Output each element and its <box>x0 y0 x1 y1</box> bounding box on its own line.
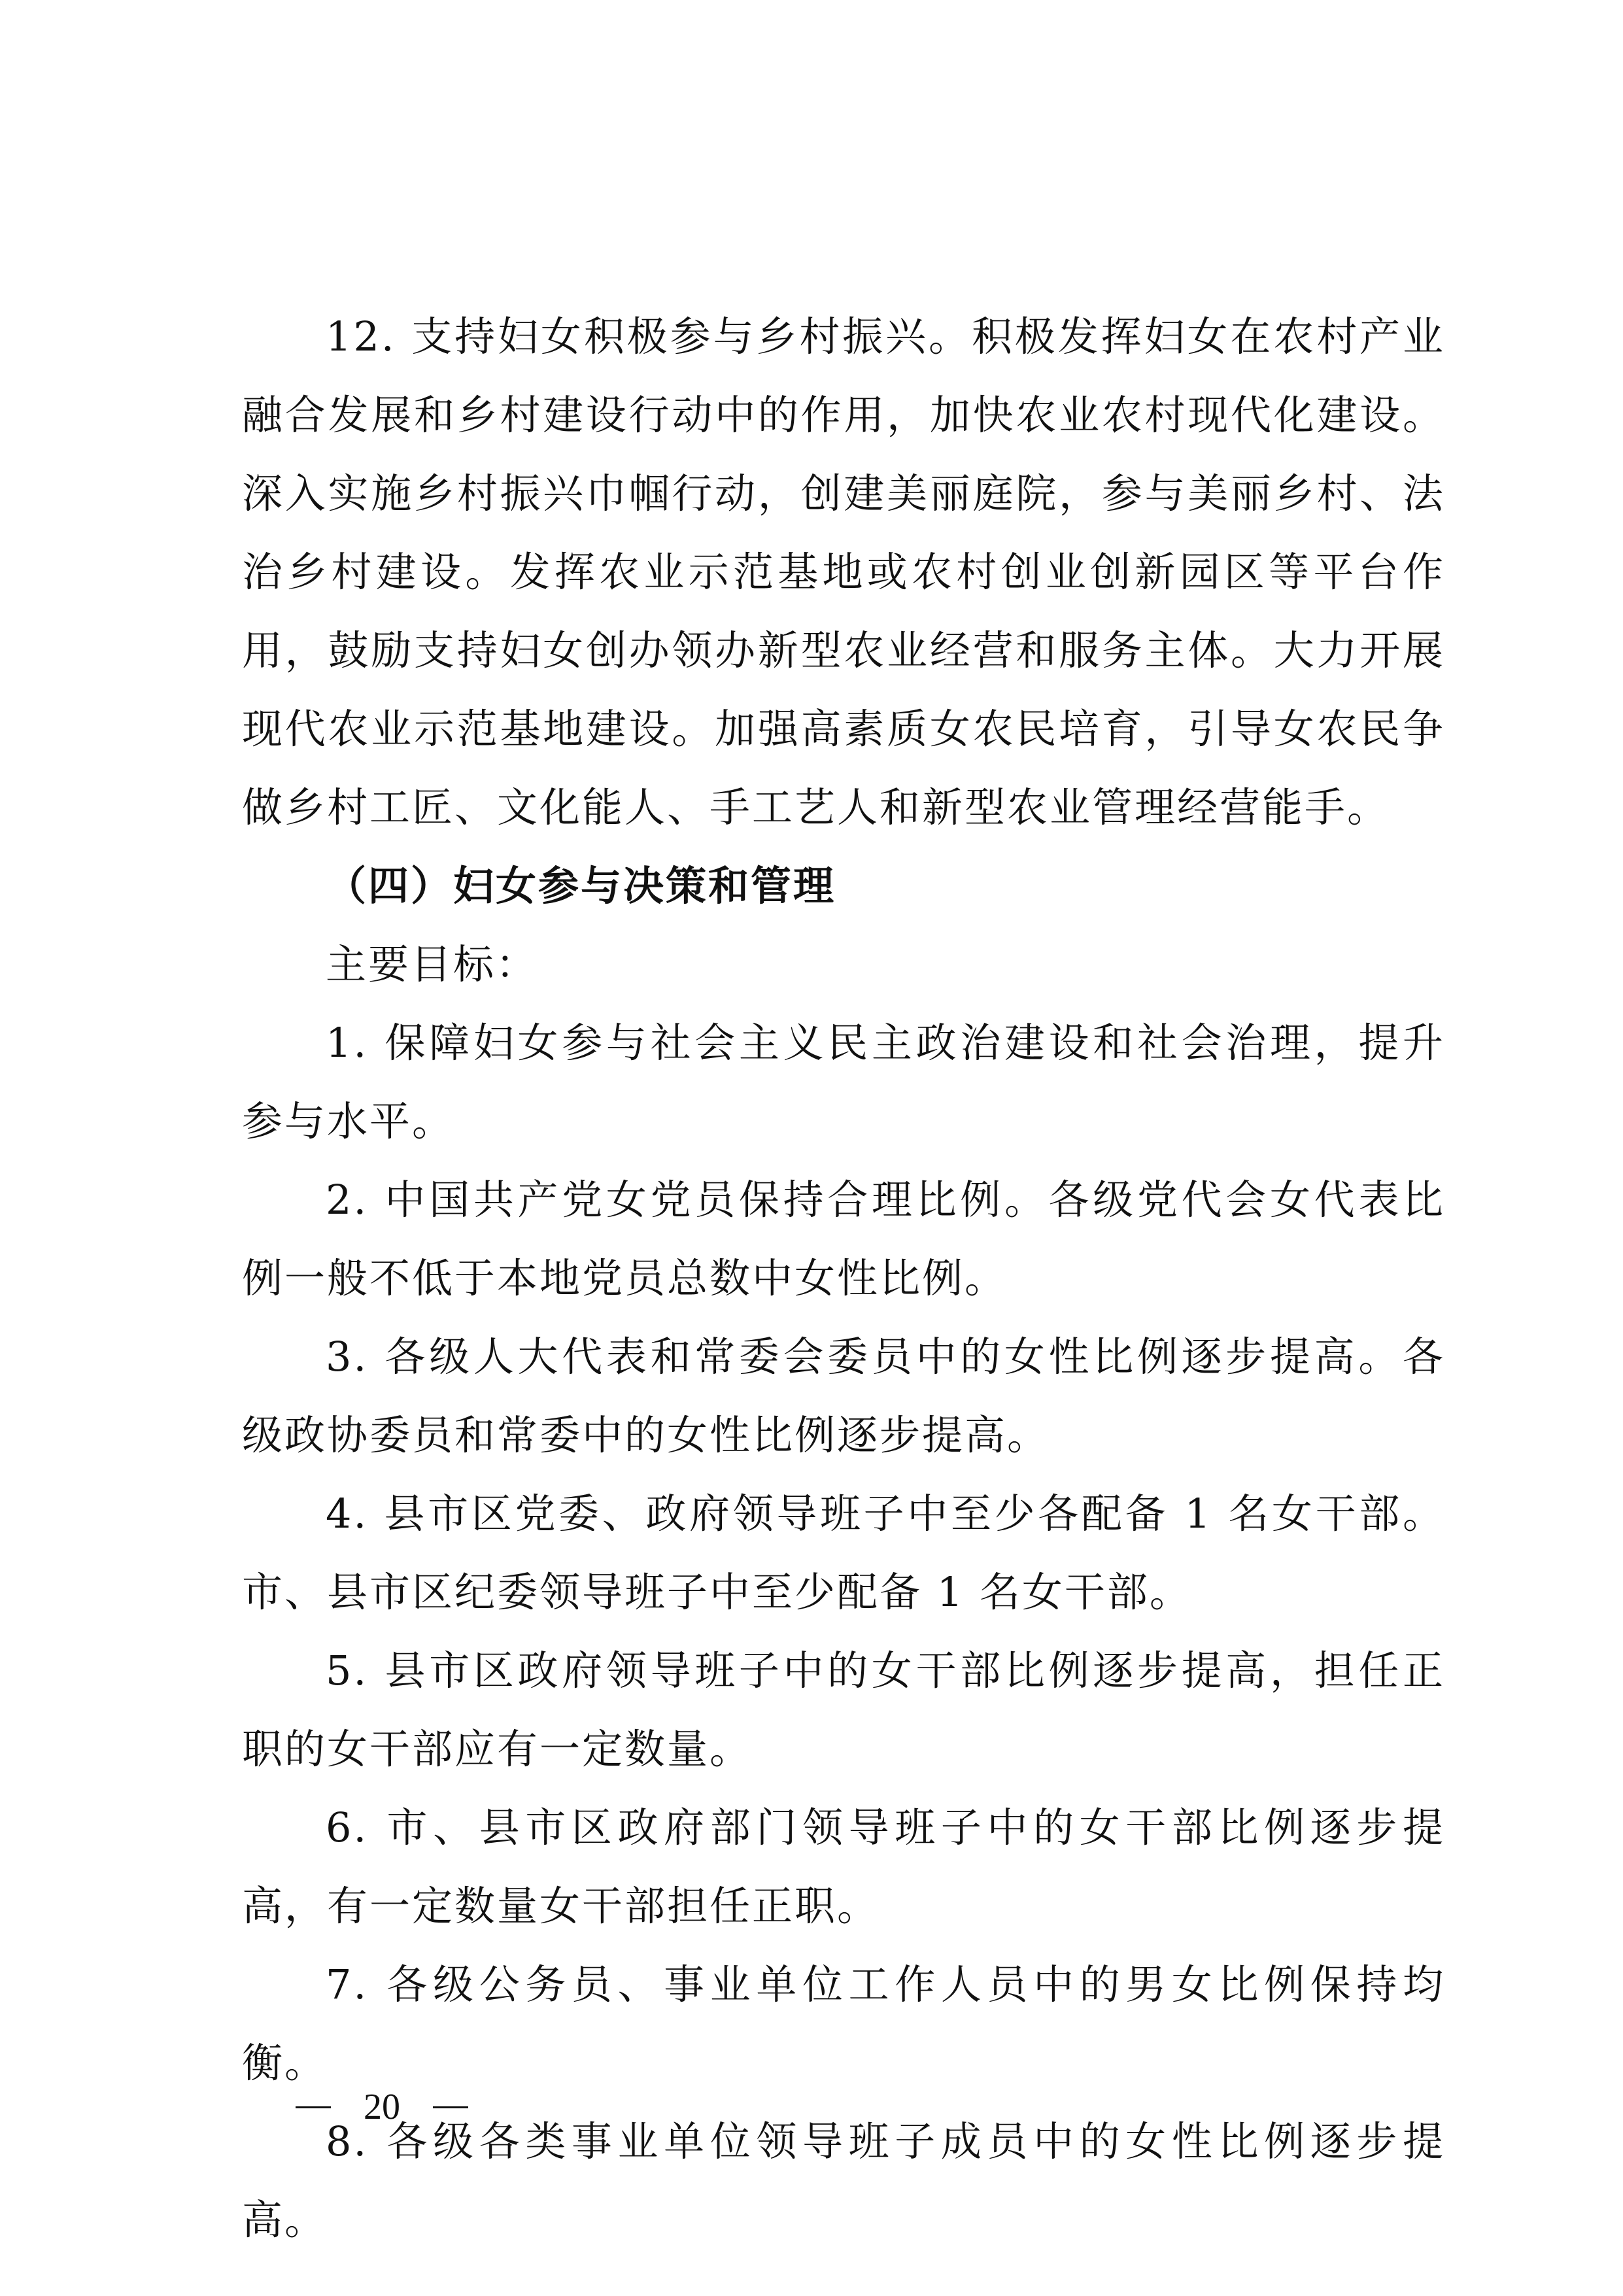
goal-item-3: 3. 各级人大代表和常委会委员中的女性比例逐步提高。各级政协委员和常委中的女性比… <box>242 1318 1445 1475</box>
goal-item-4: 4. 县市区党委、政府领导班子中至少各配备 1 名女干部。市、县市区纪委领导班子… <box>242 1475 1445 1632</box>
goal-item-1: 1. 保障妇女参与社会主义民主政治建设和社会治理，提升参与水平。 <box>242 1004 1445 1161</box>
paragraph-item-12: 12. 支持妇女积极参与乡村振兴。积极发挥妇女在农村产业融合发展和乡村建设行动中… <box>242 298 1445 847</box>
goal-item-2: 2. 中国共产党女党员保持合理比例。各级党代会女代表比例一般不低于本地党员总数中… <box>242 1161 1445 1318</box>
page-footer: 20 <box>296 2086 468 2128</box>
goal-item-5: 5. 县市区政府领导班子中的女干部比例逐步提高，担任正职的女干部应有一定数量。 <box>242 1632 1445 1789</box>
page-number: 20 <box>364 2086 400 2128</box>
main-goals-label: 主要目标： <box>242 925 1445 1004</box>
document-body: 12. 支持妇女积极参与乡村振兴。积极发挥妇女在农村产业融合发展和乡村建设行动中… <box>242 298 1445 2259</box>
left-dash-divider <box>296 2106 331 2108</box>
document-page: 12. 支持妇女积极参与乡村振兴。积极发挥妇女在农村产业融合发展和乡村建设行动中… <box>0 0 1623 2296</box>
goal-item-6: 6. 市、县市区政府部门领导班子中的女干部比例逐步提高，有一定数量女干部担任正职… <box>242 1789 1445 1945</box>
goal-item-7: 7. 各级公务员、事业单位工作人员中的男女比例保持均衡。 <box>242 1945 1445 2102</box>
right-dash-divider <box>433 2106 468 2108</box>
section-heading: （四）妇女参与决策和管理 <box>242 847 1445 925</box>
